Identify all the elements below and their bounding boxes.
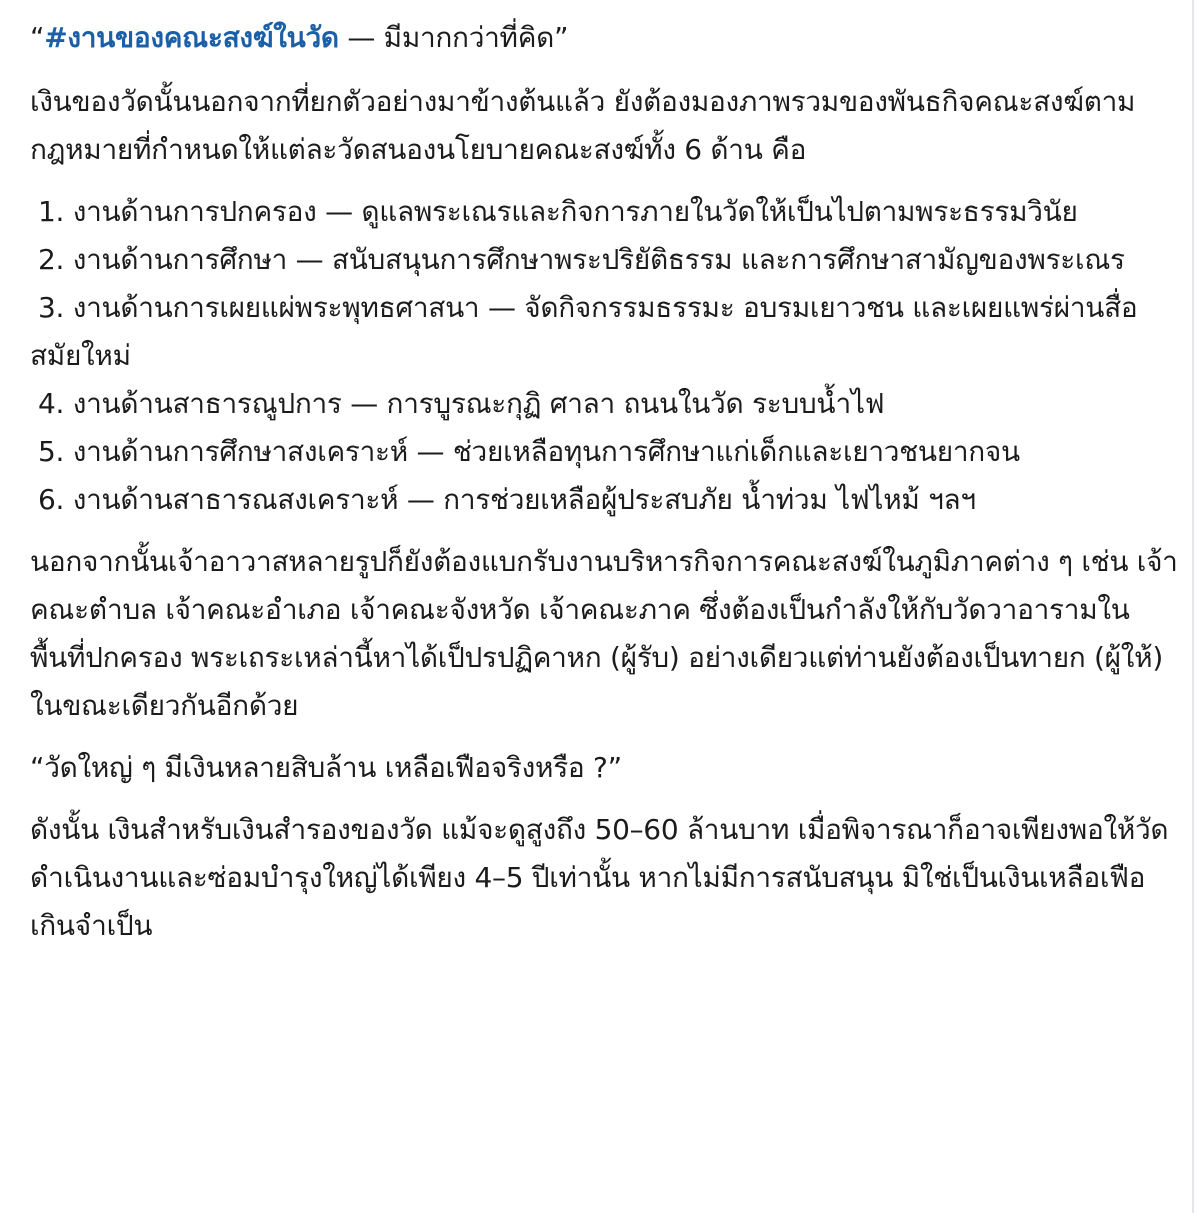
duty-item-1: 1. งานด้านการปกครอง — ดูแลพระเณรและกิจกา… <box>30 188 1180 236</box>
duty-item-5: 5. งานด้านการศึกษาสงเคราะห์ — ช่วยเหลือท… <box>30 428 1180 476</box>
duty-number: 6. <box>30 483 64 516</box>
duty-item-3: 3. งานด้านการเผยแผ่พระพุทธศาสนา — จัดกิจ… <box>30 284 1180 380</box>
duties-list: 1. งานด้านการปกครอง — ดูแลพระเณรและกิจกา… <box>30 188 1180 524</box>
duty-item-6: 6. งานด้านสาธารณสงเคราะห์ — การช่วยเหลือ… <box>30 476 1180 524</box>
admin-paragraph: นอกจากนั้นเจ้าอาวาสหลายรูปก็ยังต้องแบกรั… <box>30 538 1180 730</box>
post-body: “#งานของคณะสงฆ์ในวัด — มีมากกว่าที่คิด” … <box>30 14 1180 964</box>
duty-item-4: 4. งานด้านสาธารณูปการ — การบูรณะกุฏิ ศาล… <box>30 380 1180 428</box>
duty-text: งานด้านการศึกษาสงเคราะห์ — ช่วยเหลือทุนก… <box>64 435 1020 468</box>
duty-text: งานด้านสาธารณูปการ — การบูรณะกุฏิ ศาลา ถ… <box>64 387 884 420</box>
duty-number: 4. <box>30 387 64 420</box>
duty-number: 1. <box>30 195 64 228</box>
post-heading: “#งานของคณะสงฆ์ในวัด — มีมากกว่าที่คิด” <box>30 14 1180 62</box>
duty-number: 2. <box>30 243 64 276</box>
question-heading: “วัดใหญ่ ๆ มีเงินหลายสิบล้าน เหลือเฟือจร… <box>30 744 1180 792</box>
right-border <box>1192 0 1194 1213</box>
duty-number: 3. <box>30 291 64 324</box>
intro-paragraph: เงินของวัดนั้นนอกจากที่ยกตัวอย่างมาข้างต… <box>30 78 1180 174</box>
heading-open-quote: “ <box>30 21 44 54</box>
duty-number: 5. <box>30 435 64 468</box>
duty-text: งานด้านการเผยแผ่พระพุทธศาสนา — จัดกิจกรร… <box>30 291 1137 372</box>
duty-text: งานด้านการปกครอง — ดูแลพระเณรและกิจการภา… <box>64 195 1077 228</box>
duty-item-2: 2. งานด้านการศึกษา — สนับสนุนการศึกษาพระ… <box>30 236 1180 284</box>
heading-rest: — มีมากกว่าที่คิด” <box>339 21 568 54</box>
duty-text: งานด้านสาธารณสงเคราะห์ — การช่วยเหลือผู้… <box>64 483 976 516</box>
hashtag-link[interactable]: #งานของคณะสงฆ์ในวัด <box>44 21 339 54</box>
duty-text: งานด้านการศึกษา — สนับสนุนการศึกษาพระปริ… <box>64 243 1125 276</box>
conclusion-paragraph: ดังนั้น เงินสำหรับเงินสำรองของวัด แม้จะด… <box>30 806 1180 950</box>
